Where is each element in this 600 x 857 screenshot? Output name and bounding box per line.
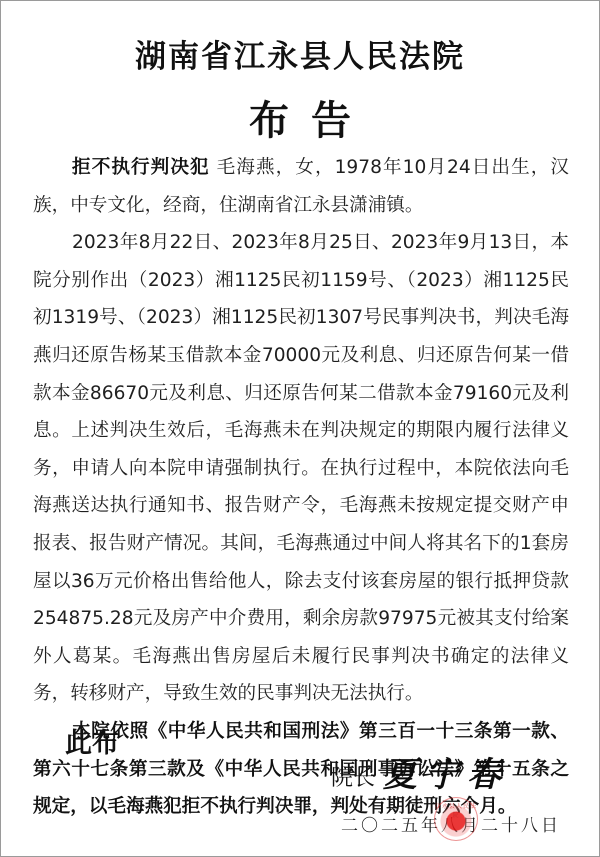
signature-block: 院长 夏宁春 <box>331 747 509 796</box>
notice-page: 湖南省江永县人民法院 布告 拒不执行判决犯 毛海燕，女，1978年10月24日出… <box>0 0 600 857</box>
seal-text: 江永县人民法院 <box>435 801 477 819</box>
closing-text: 此布 <box>65 721 119 760</box>
facts-paragraph: 2023年8月22日、2023年8月25日、2023年9月13日，本院分别作出（… <box>33 224 569 713</box>
signer-name: 夏宁春 <box>383 747 509 796</box>
court-name: 湖南省江永县人民法院 <box>1 31 599 76</box>
signer-role: 院长 <box>331 761 375 796</box>
defendant-label: 拒不执行判决犯 <box>72 157 210 178</box>
defendant-paragraph: 拒不执行判决犯 毛海燕，女，1978年10月24日出生，汉族，中专文化，经商，住… <box>33 149 569 224</box>
notice-title: 布告 <box>1 89 599 146</box>
court-seal-icon: 江永县人民法院 <box>434 797 478 841</box>
